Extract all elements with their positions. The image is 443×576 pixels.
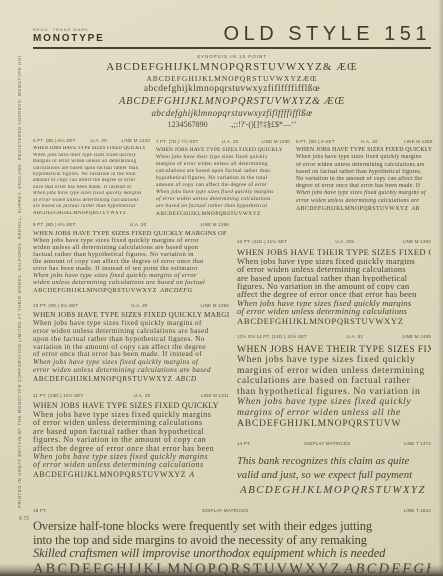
specimen-caps-line: WHEN JOBS HAVE TYPE SIZES FIXED QUICKLY (33, 402, 229, 410)
specimen-unit-arrangement: DISPLAY MATRICES (304, 437, 350, 451)
specimen-alphabet: ABCDEFGHIJKLMNOPQRSTUVWXYZABCD (33, 376, 229, 384)
specimen-alphabet-italic: AB (412, 206, 420, 212)
specimen-text-line: variation in the amount of copy can affe… (33, 344, 229, 352)
specimen-alphabet-roman: ABCDEFGHIJKLMNOPQRSTUVWXYZ (33, 376, 173, 383)
specimen-size-label: 6 PT. (6D.) 6¼ SET (33, 138, 76, 144)
specimen-column-right: 12 PT. (11D.) 11¼ SETU.A. 20sLINE M 1360… (237, 221, 431, 497)
specimen-caps-line: WHEN JOBS HAVE TYPE SIZES FIXED QUICKLY … (33, 230, 229, 237)
specimen-caps-line: WHEN JOBS HAVE THEIR TYPE SIZES FIXED QU… (237, 248, 431, 256)
specimen-caps-line: WHEN JOBS HAVE TYPE SIZES FIXED QUICKLY (33, 146, 150, 152)
specimen-italic-line: margins of error widen unless all the (237, 408, 431, 419)
specimen-italic-line: This bank recognizes this claim as quite (237, 454, 431, 468)
specimen-header: 9 PT. (8D.) 8¾ SETU.A. 20LINE M 1266 (33, 221, 229, 228)
specimen-alphabet: ABCDEFGHIJKLMNOPQRSTUVWXYZ (156, 211, 290, 218)
specimen-italic-line: are based on factual rather than hypothe… (156, 203, 290, 210)
specimen-block-6pt: 6 PT. (6D.) 6¼ SETU.A. 20LINE M 1220WHEN… (33, 138, 150, 218)
specimen-header: 8 PT. (8D.) 8 SETU.A. 20LINE M 1280 (296, 138, 432, 145)
header-rule (33, 47, 431, 49)
specimen-text-line: Oversize half-tone blocks were frequentl… (33, 520, 431, 534)
specimen-alphabet-italic: ABCD (176, 376, 197, 383)
specimen-italic-line: are based on factual rather than hypothe… (33, 204, 150, 210)
specimen-alphabet-italic: ABCDEFG (160, 287, 193, 294)
monotype-logo: MONOTYPE (33, 33, 105, 44)
specimen-line-number: LINE M 1280 (404, 138, 432, 145)
specimen-column-left: 9 PT. (8D.) 8¾ SETU.A. 20LINE M 1266WHEN… (33, 221, 237, 497)
specimen-header: 12½ ON 14 PT. (14D.) 12½ SETU.A. 52LINE … (237, 332, 431, 343)
synopsis-smallcaps-line: ABCDEFGHIJKLMNOPQRSTUVWXYZÆŒ (33, 74, 431, 83)
specimen-caps-line: WHEN JOBS HAVE TYPE SIZES FIXED QUICKLY (156, 147, 290, 154)
specimen-italic-line: of error widen unless determining calcul… (156, 196, 290, 203)
specimen-alphabet-roman: ABCDEFGHIJKLMNOPQRSTUVWXYZ (33, 471, 186, 479)
specimen-main-grid: 9 PT. (8D.) 8¾ SETU.A. 20LINE M 1266WHEN… (33, 221, 431, 497)
specimen-text-line: amount of copy can affect the degree of … (156, 182, 290, 189)
specimen-header: 6 PT. (6D.) 6¼ SETU.A. 20LINE M 1220 (33, 138, 150, 144)
specimen-text-line: of error widen unless determining calcul… (33, 419, 229, 427)
specimen-header: 7 PT. (7D.) 7½ SETU.A. 20LINE M 1200 (156, 138, 290, 145)
specimen-alphabet-roman: ABCDEFGHIJKLMNOPQRSTUVWXYZ (33, 287, 157, 294)
specimen-text-line: No variation in the amount of copy can a… (296, 176, 432, 183)
specimen-alphabet: ABCDEFGHIJKLMNOPQRSTUVWXYZABCDEFG (33, 287, 229, 294)
specimen-block-11pt: 11 PT. (10D.) 10½ SETU.A. 20LINE M 1311W… (33, 392, 229, 479)
specimen-line-number: LINE M 1311 (201, 392, 229, 400)
regd-trade-mark-label: REGD. TRADE MARK (33, 27, 105, 32)
specimen-size-label: 9 PT. (8D.) 8¾ SET (33, 221, 76, 228)
specimen-text-line: calculations are based on factual rather (237, 376, 431, 387)
specimen-italic-line: Skilled craftsmen will improvise unortho… (33, 547, 431, 561)
specimen-line-number: LINE M 1200 (262, 138, 290, 145)
specimen-text-line: When jobs have type sizes fixed quickly … (296, 154, 432, 161)
specimen-header: 14 PT.DISPLAY MATRICESLINE T 1374 (237, 437, 431, 451)
specimen-text-line: hypothetical figures. No variation in th… (156, 175, 290, 182)
specimen-alphabet-italic: A (189, 471, 194, 479)
specimen-italic-line: error widen unless determining calculati… (33, 367, 229, 375)
specimen-text-line: figures. No variation in the amount of c… (237, 282, 431, 290)
specimen-header: 18 PT.DISPLAY MATRICESLINE T 1813 (33, 504, 431, 518)
specimen-italic-line: When jobs have type sizes fixed quickly … (33, 272, 229, 279)
specimen-alphabet-roman: ABCDEFGHIJKLMNOPQRSTUVWXYZ (156, 211, 261, 217)
specimen-text-line: factual rather than hypothetical figures… (33, 251, 229, 258)
specimen-italic-line: When jobs have type sizes fixed quickly … (33, 453, 229, 461)
specimen-alphabet-roman: ABCDEFGHIJKLMNOPQRSTUVWXYZ (237, 317, 404, 325)
specimen-alphabet: ABCDEFGHIJKLMNOPQRSTUVWXYZ (237, 317, 431, 325)
specimen-block-12pt: 12 PT. (11D.) 11¼ SETU.A. 20sLINE M 1360… (237, 238, 431, 325)
specimen-row-small-sizes: 6 PT. (6D.) 6¼ SETU.A. 20LINE M 1220WHEN… (33, 138, 431, 218)
specimen-text-line: error has been made. If instead of ten p… (33, 265, 229, 272)
specimen-alphabet: ABCDEFGHIJKLMNOPQRSTUVWXYZAB (296, 206, 432, 213)
specimen-caps-line: WHEN JOBS HAVE TYPE SIZES FIXED QUICKLY (296, 147, 432, 154)
synopsis-figures-line: 1234567890 .,;:!?'-()[]†‡§£$*—‘’ (33, 120, 431, 129)
specimen-text-line: of error widen unless determining calcul… (237, 265, 431, 273)
specimen-text-line: When jobs have type sizes fixed quickly … (33, 237, 229, 244)
specimen-text-line: the amount of copy can affect the degree… (33, 258, 229, 265)
specimen-block-10pt: 10 PT. (9D.) 9¼ SETU.A. 20LINE M 1284WHE… (33, 302, 229, 384)
specimen-italic-line: When jobs have type sizes fixed quickly … (33, 359, 229, 367)
specimen-text-line: widen unless all determining calculation… (33, 244, 229, 251)
specimen-header: 12 PT. (11D.) 11¼ SETU.A. 20sLINE M 1360 (237, 238, 431, 246)
specimen-text-line: upon the factual rather than hypothetica… (33, 336, 229, 344)
specimen-size-label: 8 PT. (8D.) 8 SET (296, 138, 335, 145)
specimen-size-label: 12½ ON 14 PT. (14D.) 12½ SET (237, 332, 307, 343)
specimen-italic-line: error widen unless determining calculati… (296, 198, 432, 205)
specimen-text-line: error widen unless determining calculati… (33, 328, 229, 336)
specimen-page: PRINTED IN GREAT BRITAIN BY THE MONOTYPE… (0, 0, 443, 576)
specimen-text-line: margins of error widen unless all determ… (33, 159, 150, 165)
specimen-line-number: LINE M 1266 (201, 221, 229, 228)
specimen-text-line: margins of error widen unless determinin… (237, 366, 431, 377)
specimen-unit-arrangement: U.A. 52 (347, 332, 363, 343)
specimen-block-14pt: 14 PT.DISPLAY MATRICESLINE T 1374This ba… (237, 437, 431, 497)
specimen-text-line: of error once that error has been made. … (33, 351, 229, 359)
specimen-header: 10 PT. (9D.) 9¼ SETU.A. 20LINE M 1284 (33, 302, 229, 310)
page-content: REGD. TRADE MARK MONOTYPE OLD STYLE 151 … (33, 24, 431, 576)
specimen-text-line: When jobs have type sizes fixed quickly (237, 355, 431, 366)
specimen-line-number: LINE T 1374 (404, 437, 431, 451)
specimen-block-12-5pt: 12½ ON 14 PT. (14D.) 12½ SETU.A. 52LINE … (237, 332, 431, 430)
specimen-block-8pt: 8 PT. (8D.) 8 SETU.A. 20LINE M 1280WHEN … (296, 138, 432, 218)
specimen-text-line: figures. No variation in the amount of c… (33, 436, 229, 444)
specimen-unit-arrangement: U.A. 20 (90, 138, 106, 144)
specimen-line-number: LINE M 1220 (122, 138, 150, 144)
specimen-italic-line: When jobs have type sizes fixed quickly … (33, 191, 150, 197)
specimen-line-number: LINE T 1813 (404, 504, 431, 518)
specimen-alphabet-roman: ABCDEFGHIJKLMNOPQRSTUVWXYZ (33, 211, 126, 216)
specimen-italic-line: When jobs have type sizes fixed quickly … (296, 190, 432, 197)
specimen-line-number: LINE M 1465 (403, 332, 431, 343)
specimen-line-number: LINE M 1360 (403, 238, 431, 246)
synopsis-punctuation: .,;:!?'-()[]†‡§£$*—‘’ (230, 120, 297, 129)
specimen-text-line: into the top and side margins to avoid t… (33, 534, 431, 548)
specimen-text-line: margins of error widen unless all determ… (156, 161, 290, 168)
scan-edge-shadow-bottom (0, 564, 443, 576)
specimen-text-line: calculations are based upon factual rath… (156, 168, 290, 175)
specimen-caps-line: WHEN JOBS HAVE THEIR TYPE SIZES FIXED (237, 345, 431, 356)
specimen-unit-arrangement: DISPLAY MATRICES (202, 504, 248, 518)
specimen-italic-line: When jobs have type sizes fixed quickly (237, 397, 431, 408)
specimen-alphabet: ABCDEFGHIJKLMNOPQRSTUVWXYZA (33, 471, 229, 479)
specimen-text-line: based on factual rather than hypothetica… (296, 169, 432, 176)
specimen-alphabet-italic: ABCDEGHJKLMOPQRSTUWXYZ (240, 484, 426, 496)
specimen-size-label: 7 PT. (7D.) 7½ SET (156, 138, 199, 145)
specimen-line-number: LINE M 1284 (201, 302, 229, 310)
specimen-text-line: affect the degree of error once that err… (33, 445, 229, 453)
synopsis-lowercase-line: abcdefghijklmnopqrstuvwxyzfiflffffifflßœ (33, 84, 431, 94)
specimen-alphabet: ABCDEFGHIJKLMNOPQRSTUVW (237, 419, 431, 430)
synopsis-caps-line: ABCDEFGHIJKLMNOPQRSTUVWXYZ& ÆŒ (33, 61, 431, 73)
specimen-italic-line: valid and just, so we expect full paymen… (237, 468, 431, 482)
specimen-alphabet: ABCDEGHJKLMOPQRSTUWXYZ (237, 483, 431, 497)
specimen-alphabet-roman: ABCDEFGHIJKLMNOPQRSTUVWXYZ (296, 206, 409, 212)
specimen-unit-arrangement: U.A. 20 (222, 138, 238, 145)
specimen-text-line: When jobs have their type sizes fixed qu… (156, 154, 290, 161)
specimen-size-label: 11 PT. (10D.) 10½ SET (33, 392, 83, 400)
printer-imprint-vertical: PRINTED IN GREAT BRITAIN BY THE MONOTYPE… (17, 56, 22, 508)
specimen-unit-arrangement: U.A. 20 (134, 392, 150, 400)
synopsis-figures: 1234567890 (168, 120, 208, 129)
specimen-alphabet: ABCDEFGHIJKLMNOPQRSTUVWXYZ (33, 211, 150, 217)
synopsis-label: SYNOPSIS IN 18 POINT (33, 54, 431, 59)
synopsis-section: SYNOPSIS IN 18 POINT ABCDEFGHIJKLMNOPQRS… (33, 54, 431, 129)
specimen-size-label: 14 PT. (237, 437, 251, 451)
specimen-italic-line: When jobs have type sizes fixed quickly … (237, 299, 431, 307)
specimen-unit-arrangement: U.A. 20 (131, 302, 147, 310)
specimen-text-line: of error widen unless determining calcul… (296, 162, 432, 169)
specimen-text-line: degree of error once that error has been… (296, 183, 432, 190)
specimen-italic-line: of error widen unless determining calcul… (237, 307, 431, 315)
specimen-unit-arrangement: U.A. 20s (335, 238, 354, 246)
specimen-block-9pt: 9 PT. (8D.) 8¾ SETU.A. 20LINE M 1266WHEN… (33, 221, 229, 294)
masthead: REGD. TRADE MARK MONOTYPE OLD STYLE 151 (33, 24, 431, 44)
specimen-unit-arrangement: U.A. 20 (130, 221, 146, 228)
synopsis-italic-lowercase-line: abcdefghijklmnopqrstuvwxyzfiflffffifflßœ (33, 108, 431, 118)
specimen-italic-line: widen unless determining calculations ar… (33, 279, 229, 286)
specimen-unit-arrangement: U.A. 20 (361, 138, 377, 145)
specimen-text-line: When jobs have type sizes fixed quickly … (237, 257, 431, 265)
specimen-text-line: affect the degree of error once that err… (237, 290, 431, 298)
specimen-block-7pt: 7 PT. (7D.) 7½ SETU.A. 20LINE M 1200WHEN… (156, 138, 290, 218)
specimen-size-label: 10 PT. (9D.) 9¼ SET (33, 302, 78, 310)
specimen-text-line: When jobs have type sizes fixed quickly … (33, 411, 229, 419)
scan-edge-shadow-right (438, 0, 443, 576)
page-code: 6-72 (19, 516, 29, 522)
specimen-text-line: are based upon factual rather than hypot… (237, 274, 431, 282)
page-title: OLD STYLE 151 (224, 24, 431, 44)
specimen-size-label: 12 PT. (11D.) 11¼ SET (237, 238, 287, 246)
specimen-size-label: 18 PT. (33, 504, 47, 518)
synopsis-italic-caps-line: ABCDEFGHIJKLMNOPQRSTUVWXYZ& ÆŒ (33, 96, 431, 107)
monotype-brand: REGD. TRADE MARK MONOTYPE (33, 27, 105, 44)
specimen-italic-line: When jobs have type sizes fixed quickly … (156, 189, 290, 196)
specimen-italic-line: of error widen unless determining calcul… (33, 461, 229, 469)
specimen-caps-line: WHEN JOBS HAVE TYPE SIZES FIXED QUICKLY … (33, 312, 229, 320)
specimen-text-line: When jobs have type sizes fixed quickly … (33, 320, 229, 328)
specimen-header: 11 PT. (10D.) 10½ SETU.A. 20LINE M 1311 (33, 392, 229, 400)
specimen-alphabet-roman: ABCDEFGHIJKLMNOPQRSTUVW (237, 419, 401, 429)
specimen-text-line: than hypothetical figures. No variation … (237, 387, 431, 398)
specimen-text-line: amount of copy can affect the degree of … (33, 178, 150, 184)
specimen-text-line: are based upon factual rather than hypot… (33, 428, 229, 436)
